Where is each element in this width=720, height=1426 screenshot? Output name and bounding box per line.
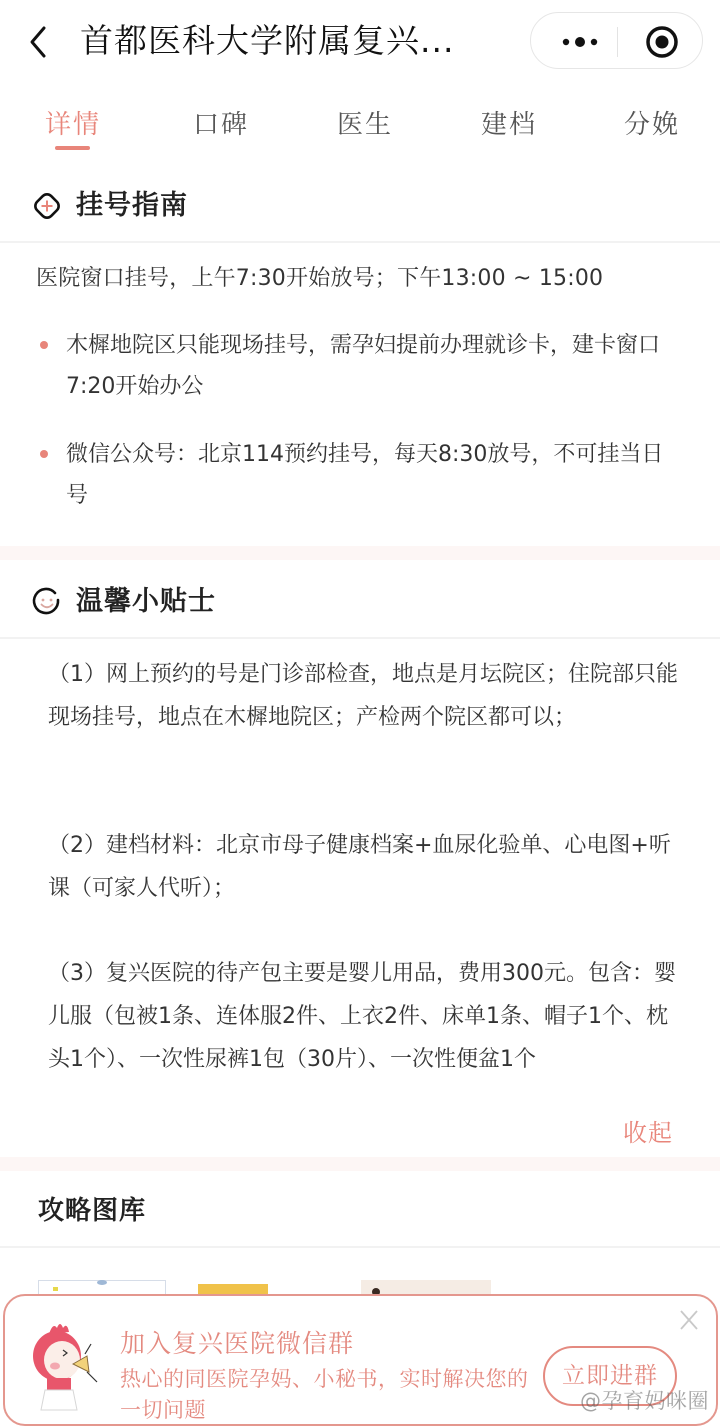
bullet-dot <box>40 450 48 458</box>
tab-details[interactable]: 详情 <box>45 100 101 150</box>
section-separator <box>0 546 720 560</box>
tab-doctors[interactable]: 医生 <box>337 100 393 150</box>
tab-registration-file[interactable]: 建档 <box>481 100 537 150</box>
navbar: 首都医科大学附属复兴... <box>0 0 720 82</box>
tab-reviews[interactable]: 口碑 <box>193 100 249 150</box>
divider <box>0 637 720 639</box>
more-dots-icon <box>555 27 605 57</box>
mini-program-capsule <box>530 12 703 69</box>
list-item-text: 微信公众号：北京114预约挂号，每天8:30放号，不可挂当日号 <box>66 434 676 516</box>
page: 首都医科大学附属复兴... 详情 口碑 医生 建档 分娩 <box>0 0 720 1426</box>
tip-item: （1）网上预约的号是门诊部检查，地点是月坛院区；住院部只能现场挂号，地点在木樨地… <box>48 653 678 739</box>
close-mini-program-button[interactable] <box>644 24 680 60</box>
section-title: 温馨小贴士 <box>76 580 216 624</box>
section-separator <box>0 1157 720 1171</box>
capsule-divider <box>617 27 618 57</box>
active-tab-indicator <box>55 146 90 150</box>
section-title: 挂号指南 <box>76 184 188 228</box>
tip-item: （3）复兴医院的待产包主要是婴儿用品，费用300元。包含：婴儿服（包被1条、连体… <box>48 952 678 1081</box>
promo-close-button[interactable] <box>677 1308 701 1332</box>
chevron-left-icon <box>22 22 58 62</box>
promo-description: 热心的同医院孕妈、小秘书，实时解决您的一切问题 <box>120 1364 530 1426</box>
list-item-text: 木樨地院区只能现场挂号，需孕妇提前办理就诊卡，建卡窗口7:20开始办公 <box>66 325 676 407</box>
registration-intro: 医院窗口挂号，上午7:30开始放号；下午13:00 ~ 15:00 <box>36 262 603 296</box>
collapse-button[interactable]: 收起 <box>623 1115 673 1151</box>
promo-title: 加入复兴医院微信群 <box>120 1326 354 1362</box>
more-button[interactable] <box>555 27 605 57</box>
list-item: 微信公众号：北京114预约挂号，每天8:30放号，不可挂当日号 <box>40 434 680 516</box>
divider <box>0 1246 720 1248</box>
gallery-title: 攻略图库 <box>38 1190 146 1227</box>
smiley-icon <box>31 586 63 618</box>
divider <box>0 241 720 243</box>
target-circle-icon <box>644 24 680 60</box>
registration-guide-header: 挂号指南 <box>0 172 720 242</box>
page-title: 首都医科大学附属复兴... <box>80 18 454 64</box>
mascot-illustration <box>27 1316 102 1416</box>
tips-header: 温馨小贴士 <box>0 568 720 638</box>
tab-delivery[interactable]: 分娩 <box>624 100 680 150</box>
watermark: @孕育妈咪圈 <box>580 1385 709 1415</box>
bullet-dot <box>40 341 48 349</box>
tab-bar: 详情 口碑 医生 建档 分娩 <box>0 100 720 160</box>
list-item: 木樨地院区只能现场挂号，需孕妇提前办理就诊卡，建卡窗口7:20开始办公 <box>40 325 680 407</box>
medical-plus-icon <box>31 190 63 222</box>
tip-item: （2）建档材料：北京市母子健康档案+血尿化验单、心电图+听课（可家人代听）； <box>48 824 678 910</box>
close-x-icon <box>677 1308 701 1332</box>
back-button[interactable] <box>22 22 58 62</box>
